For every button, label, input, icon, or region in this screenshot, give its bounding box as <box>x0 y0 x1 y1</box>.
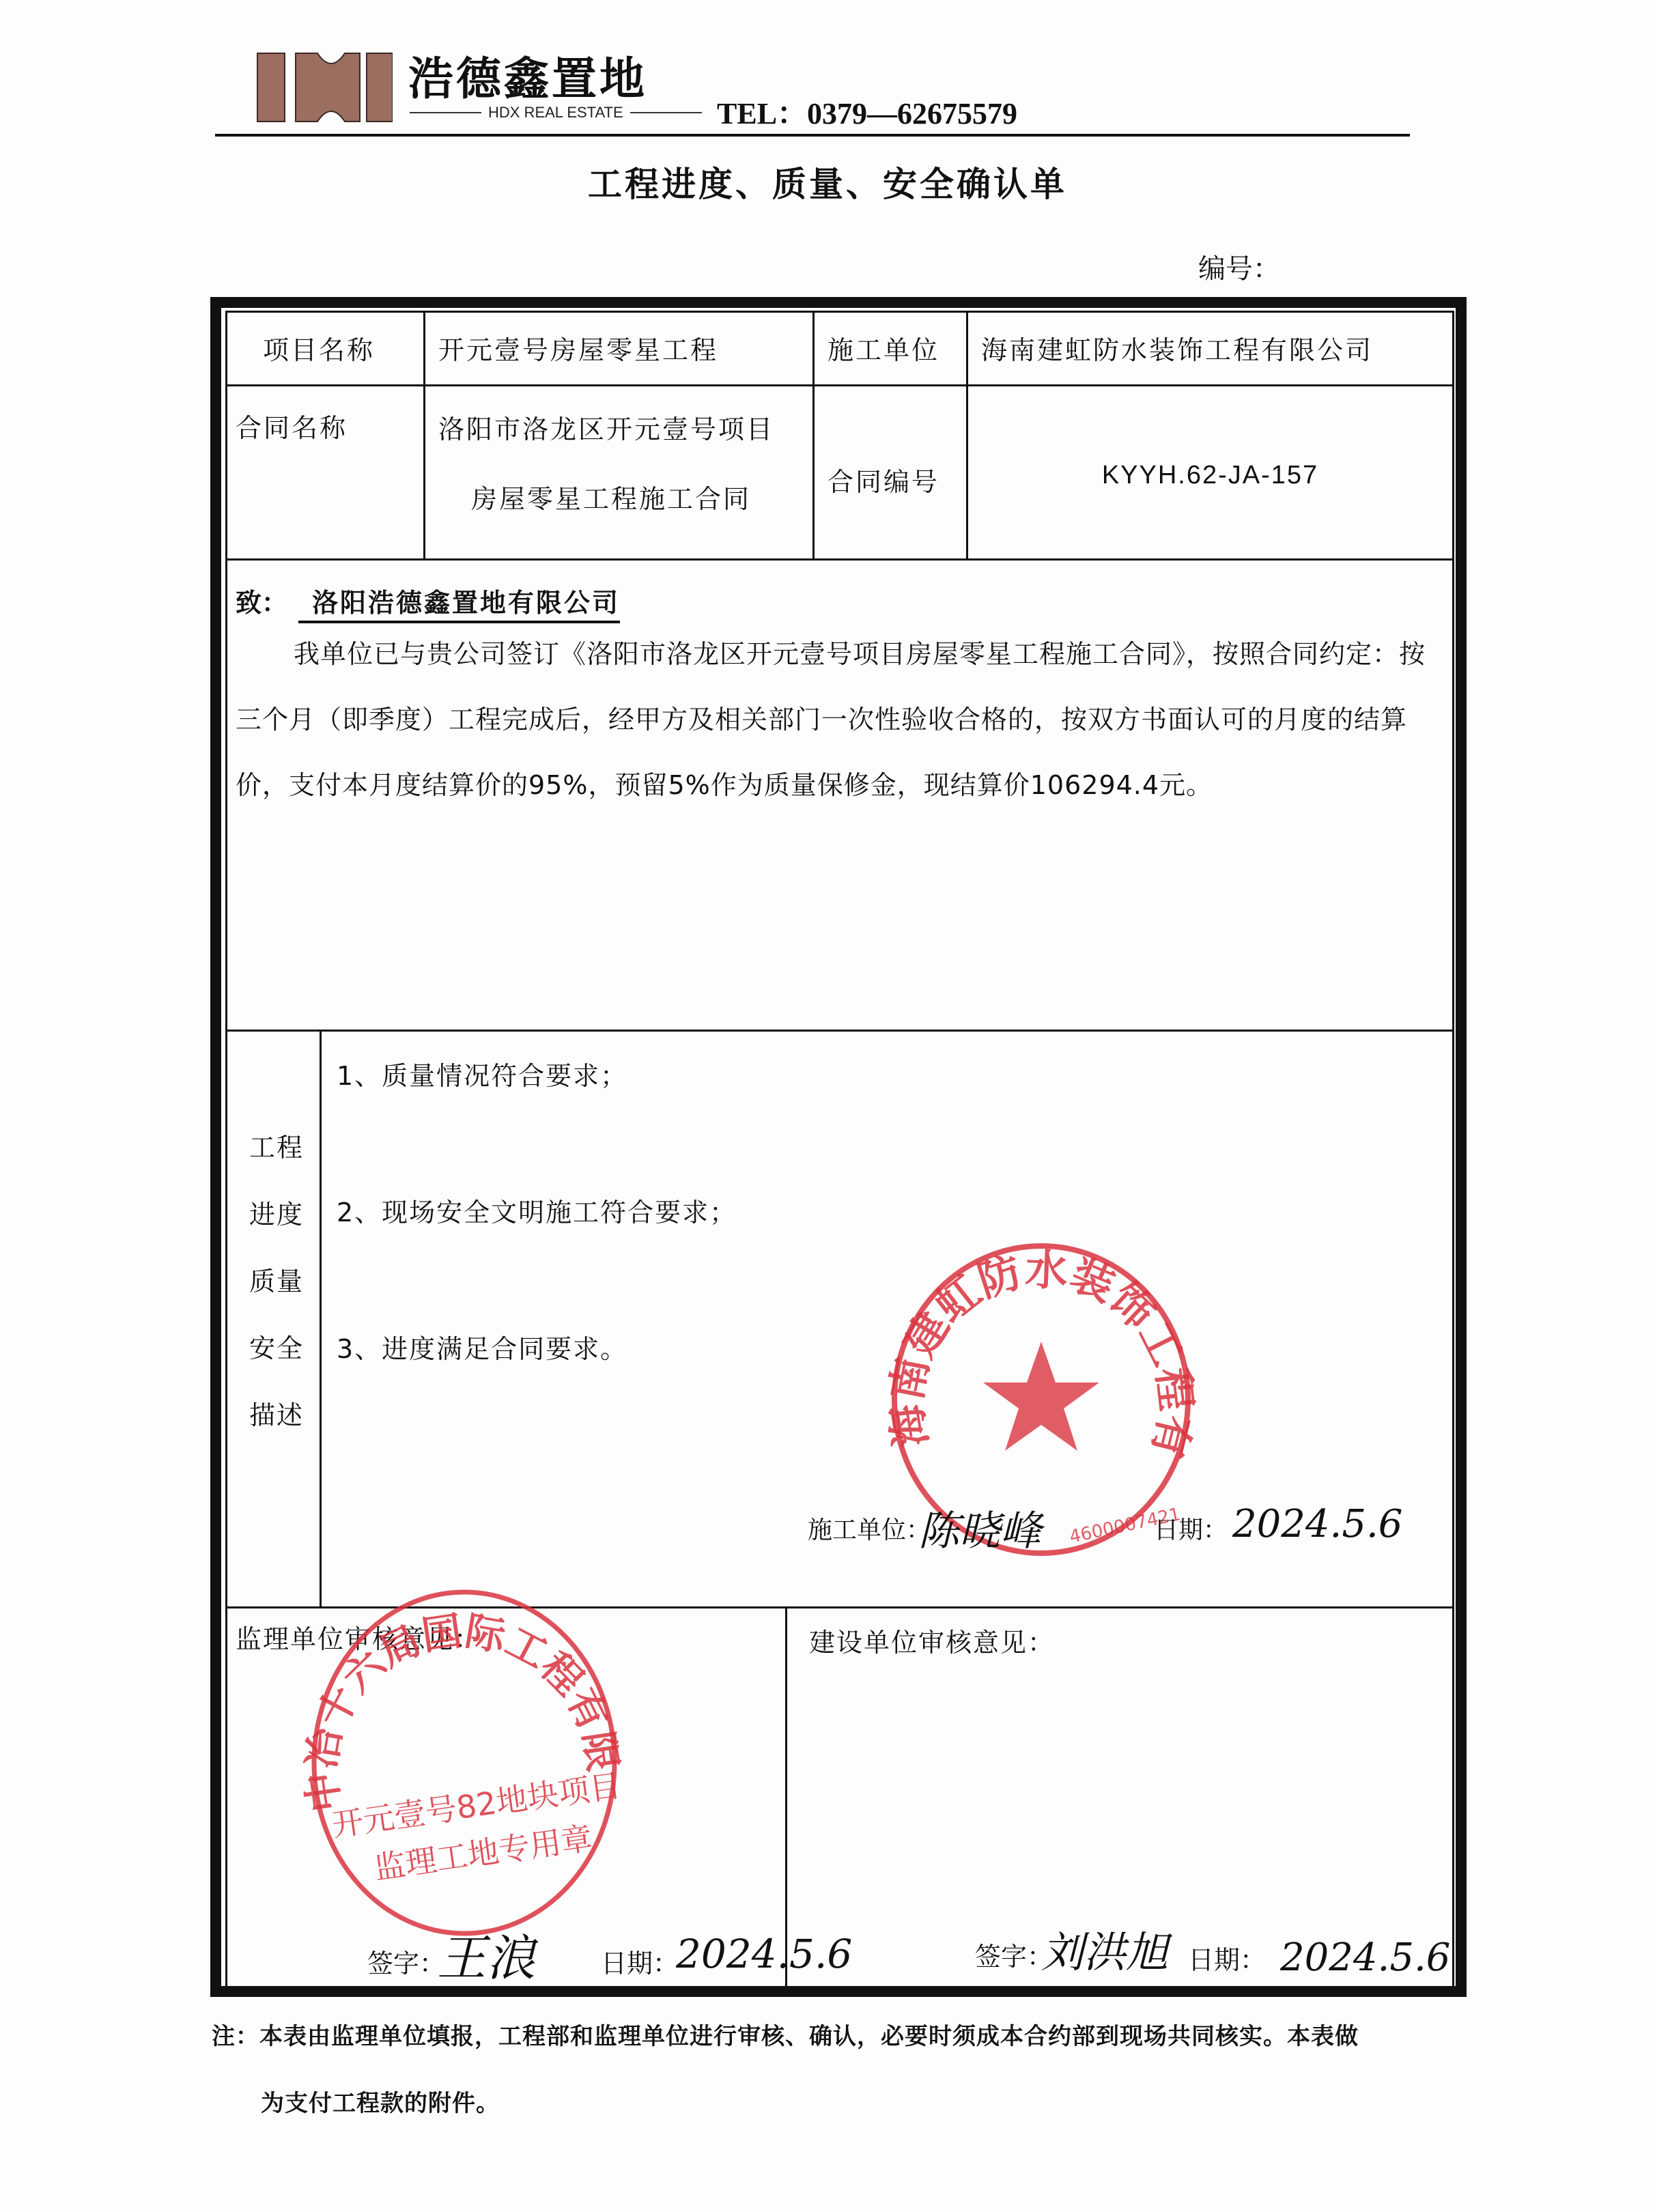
project-name-label: 项目名称 <box>263 329 375 367</box>
divider <box>410 112 481 113</box>
column-divider <box>812 311 815 559</box>
description-label-line: 进度 <box>246 1193 307 1231</box>
contract-name-line2: 房屋零星工程施工合同 <box>471 478 751 515</box>
row-divider <box>225 1606 1454 1608</box>
brand-name-en-row: HDX REAL ESTATE <box>410 104 702 122</box>
owner-review-label: 建设单位审核意见： <box>809 1621 1055 1659</box>
contractor-sign-label: 施工单位： <box>808 1511 931 1546</box>
row-divider <box>225 558 1454 561</box>
supervisor-date-label: 日期： <box>601 1942 679 1980</box>
project-name-value: 开元壹号房屋零星工程 <box>438 329 718 367</box>
owner-date-label: 日期： <box>1188 1939 1266 1976</box>
brand-name-cn: 浩德鑫置地 <box>408 42 647 107</box>
description-label-line: 工程 <box>246 1126 307 1164</box>
supervisor-review-label: 监理单位审核意见： <box>236 1618 481 1656</box>
divider <box>630 112 702 113</box>
contractor-label: 施工单位 <box>827 329 939 367</box>
contract-name-label: 合同名称 <box>236 407 348 444</box>
footer-note-line1: 注：本表由监理单位填报，工程部和监理单位进行审核、确认，必要时须成本合约部到现场… <box>212 2017 1359 2051</box>
header-divider <box>215 134 1410 137</box>
column-divider <box>320 1030 322 1607</box>
description-label-line: 描述 <box>246 1394 307 1432</box>
telephone: TEL：0379—62675579 <box>717 89 1017 132</box>
contract-name-line1: 洛阳市洛龙区开元壹号项目 <box>438 408 774 446</box>
contractor-date-value: 2024.5.6 <box>1232 1502 1402 1546</box>
company-logo-icon <box>256 51 393 123</box>
contractor-value: 海南建虹防水装饰工程有限公司 <box>981 329 1373 367</box>
serial-number-label: 编号： <box>1198 247 1280 286</box>
owner-signature: 刘洪旭 <box>1041 1918 1168 1979</box>
description-item: 1、质量情况符合要求； <box>337 1055 627 1092</box>
column-divider <box>423 311 425 559</box>
contract-number-label: 合同编号 <box>827 461 939 498</box>
addressee-value: 洛阳浩德鑫置地有限公司 <box>298 582 620 623</box>
description-item: 2、现场安全文明施工符合要求； <box>337 1191 737 1229</box>
contract-number-value: KYYH.62-JA-157 <box>966 461 1454 490</box>
owner-date-value: 2024.5.6 <box>1280 1935 1450 1980</box>
contractor-signature: 陈晓峰 <box>918 1499 1041 1557</box>
footer-note-line2: 为支付工程款的附件。 <box>261 2084 500 2118</box>
row-divider <box>225 1030 1454 1032</box>
brand-name-en: HDX REAL ESTATE <box>488 104 623 122</box>
supervisor-date-value: 2024.5.6 <box>676 1931 852 1977</box>
column-divider <box>966 311 968 559</box>
form-inner-border <box>225 311 1454 1989</box>
description-label-line: 质量 <box>246 1260 307 1298</box>
supervisor-signature: 王浪 <box>437 1918 535 1989</box>
supervisor-sign-label: 签字： <box>367 1942 445 1980</box>
contractor-date-label: 日期： <box>1154 1511 1228 1546</box>
letter-body: 我单位已与贵公司签订《洛阳市洛龙区开元壹号项目房屋零星工程施工合同》，按照合同约… <box>236 621 1437 818</box>
addressee-label: 致： <box>236 582 287 619</box>
row-divider <box>225 384 1454 386</box>
description-label-line: 安全 <box>246 1327 307 1365</box>
description-item: 3、进度满足合同要求。 <box>337 1328 627 1365</box>
document-title: 工程进度、质量、安全确认单 <box>0 157 1655 206</box>
